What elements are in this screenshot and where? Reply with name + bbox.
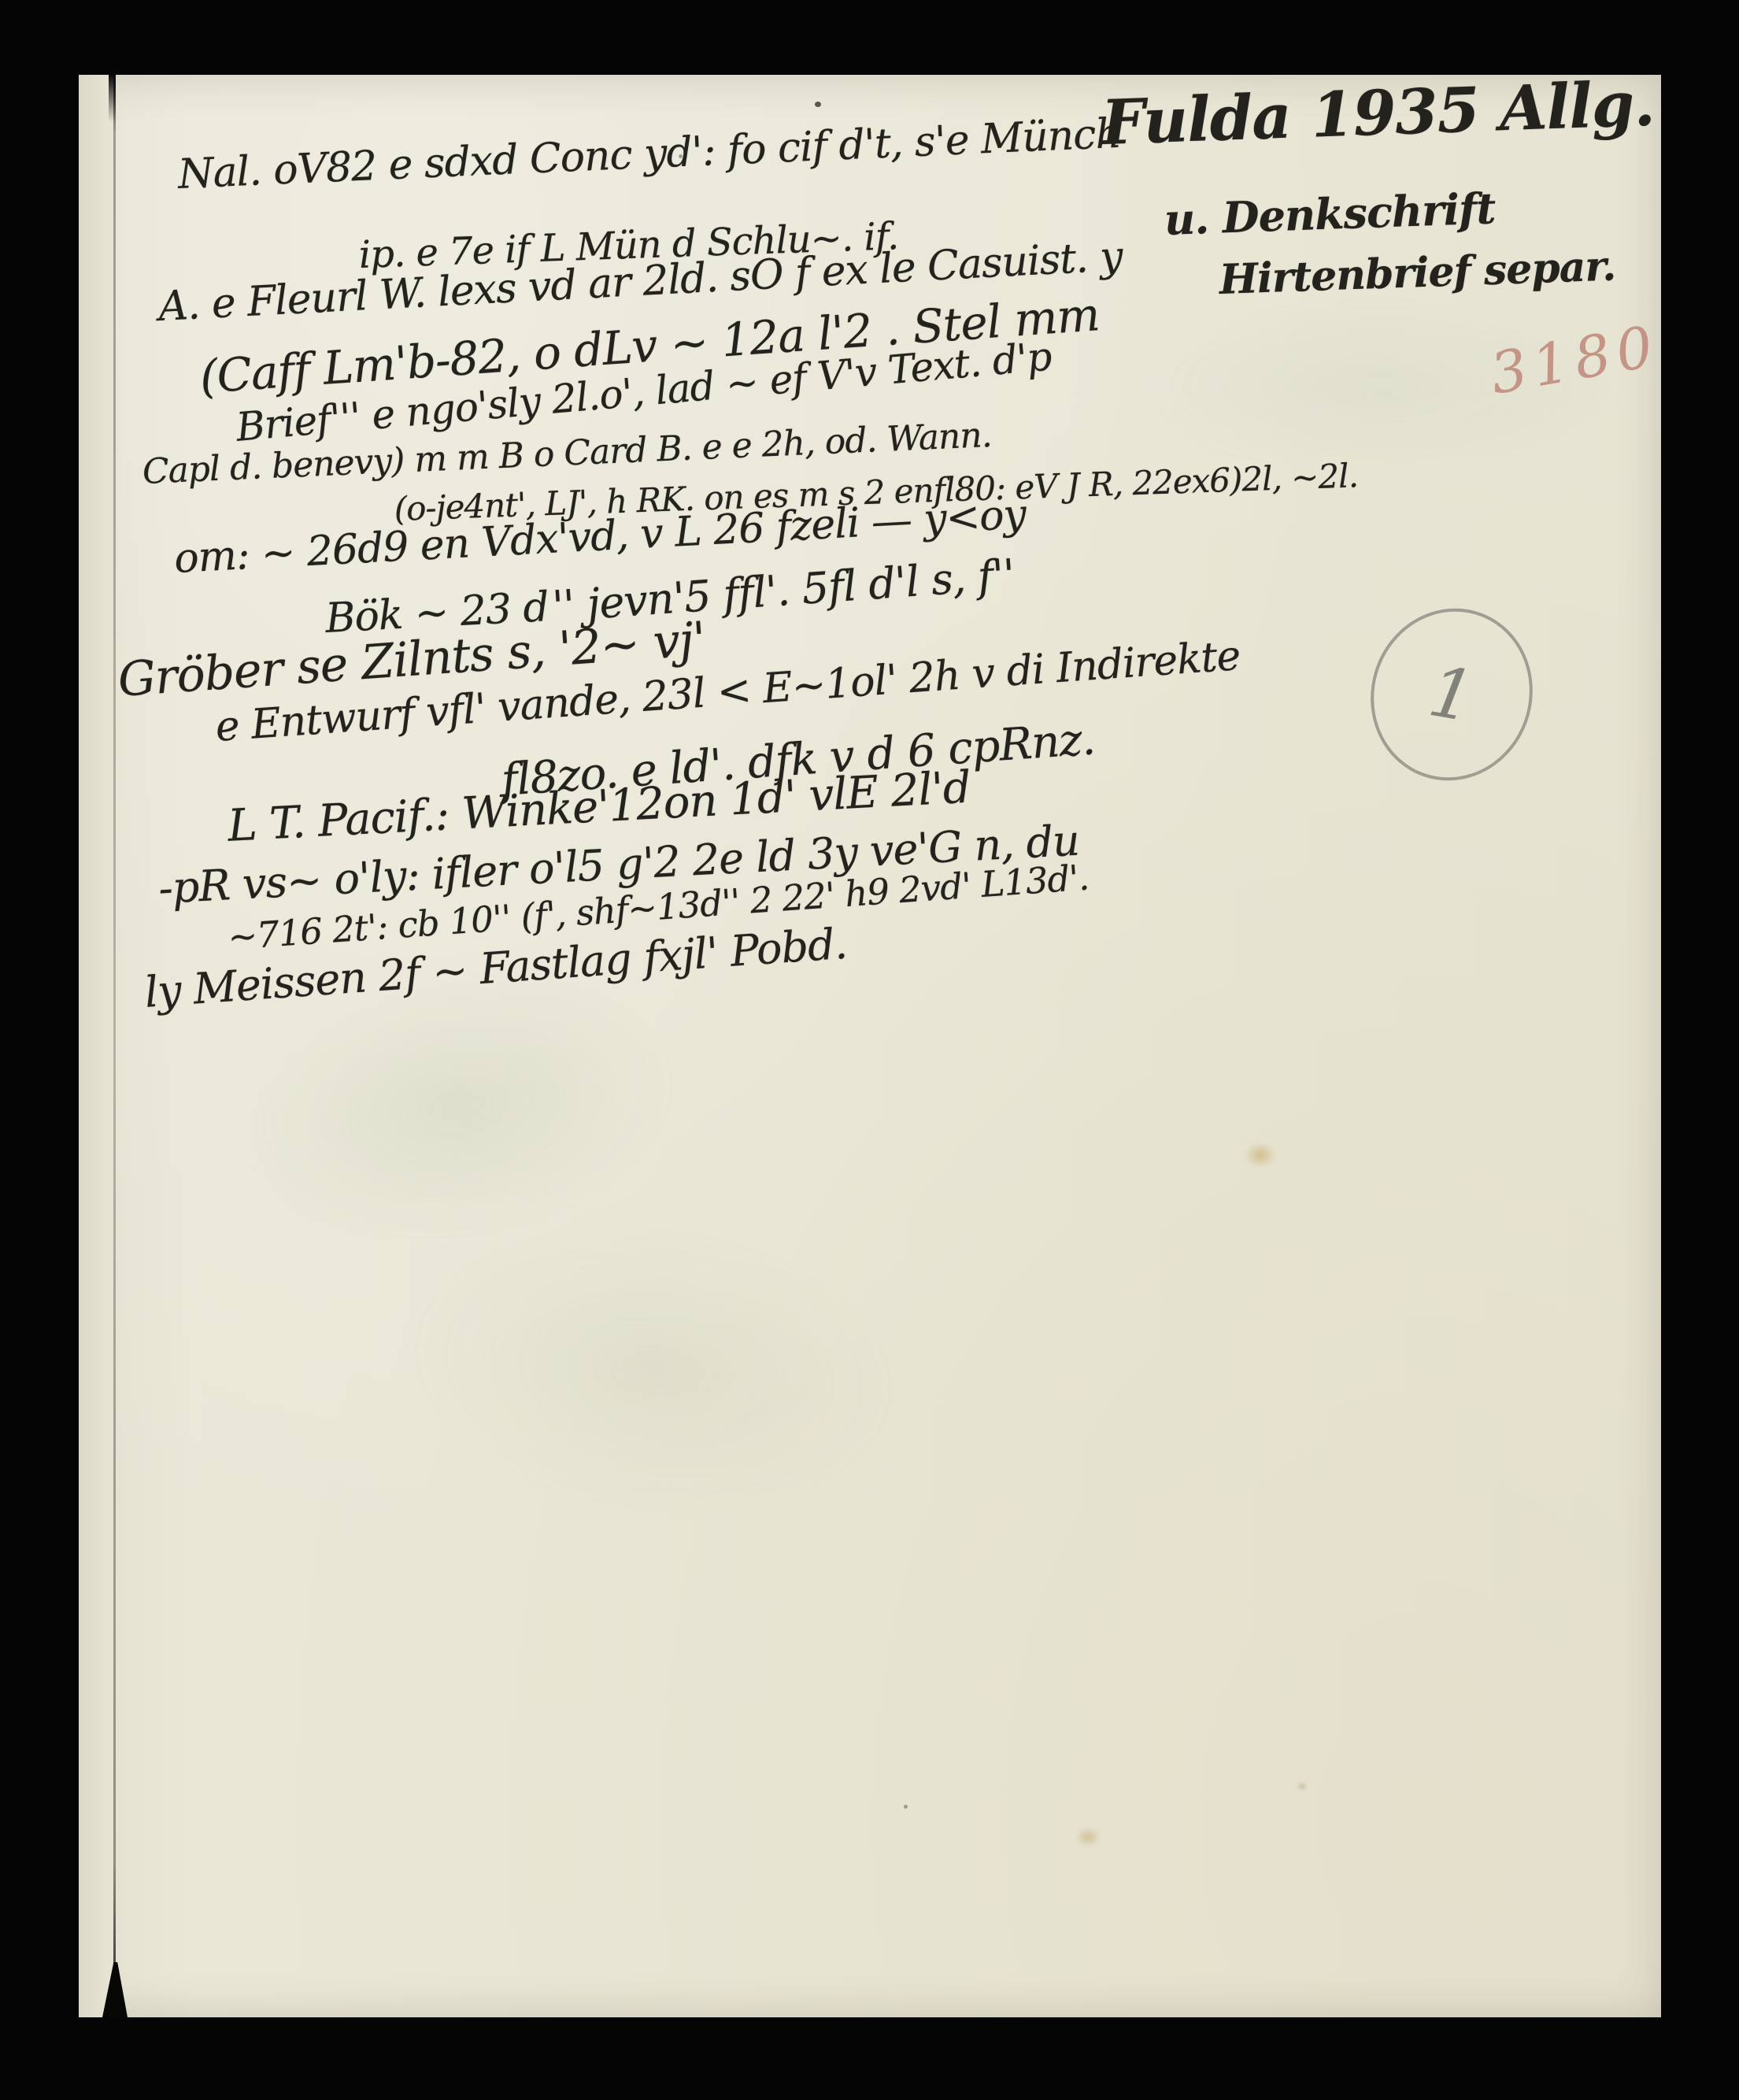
scanned-document: Fulda 1935 Allg. u. Denkschrift Hirtenbr… xyxy=(0,0,1739,2100)
paper-stain xyxy=(1238,1137,1283,1173)
fold-crease-line xyxy=(113,75,116,2017)
ink-speck xyxy=(815,102,821,107)
paper-stain xyxy=(1296,1781,1308,1791)
header-title: Fulda 1935 Allg. xyxy=(1101,73,1656,154)
header-subtitle-denkschrift: u. Denkschrift xyxy=(1164,187,1496,241)
paper-stain xyxy=(1071,1824,1105,1850)
page-number: 1 xyxy=(1424,657,1479,732)
page-margin-strip xyxy=(79,75,115,2017)
ink-speck xyxy=(904,1805,908,1809)
crease-notch-top xyxy=(109,75,116,122)
